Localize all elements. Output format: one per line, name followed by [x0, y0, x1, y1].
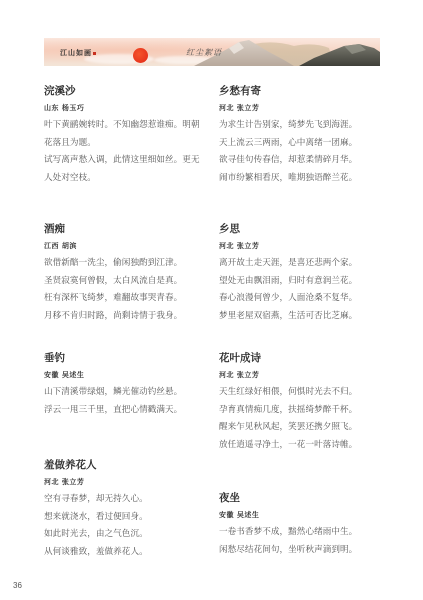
poem-lines: 山下清溪带绿烟，鳞光催动钓丝悬。 浮云一甩三千里，直把心情戳满天。: [44, 384, 216, 419]
poem-line: 枉有深杯飞绮梦，难翻故事哭青春。: [44, 290, 216, 308]
header-banner: 江山如画 红尘絮语: [44, 38, 380, 66]
poem-lines: 一卷书香梦不成，黯然心绪雨中生。 闲愁尽结花间句，坐听秋声滴到明。: [219, 524, 391, 559]
poem-line: 离开故土走天涯，是喜还悲两个家。: [219, 255, 391, 273]
poem-line: 人处对空枝。: [44, 170, 216, 188]
poem: 酒痴 江西 胡滨 欲借新醅一洗尘，偷闲独酌到江津。 圣贤寂寞何曾假，太白风流自是…: [44, 222, 216, 325]
poem-line: 望处无由飘泪雨，归时有意润兰花。: [219, 273, 391, 291]
poem-line: 叶下黄鹂婉转时。不知幽怨惹谁痴。明朝: [44, 117, 216, 135]
poem-line: 放任逍遥寻净土，一花一叶落诗帷。: [219, 437, 391, 455]
poem-author: 山东 杨玉巧: [44, 102, 216, 114]
poem-line: 花落且为题。: [44, 135, 216, 153]
poem: 花叶成诗 河北 张立芳 天生红绿好相偎，何惧时光去不归。 孕育真情痴几度，扶摇绮…: [219, 351, 391, 454]
poem-line: 春心浪漫何曾少，人面沧桑不复华。: [219, 290, 391, 308]
poem-line: 月移不肯归时路，尚剩诗情于我身。: [44, 308, 216, 326]
poem-line: 欲借新醅一洗尘，偷闲独酌到江津。: [44, 255, 216, 273]
poem-author: 安徽 吴述生: [44, 369, 216, 381]
poem-line: 如此时光去，由之气色沉。: [44, 526, 216, 544]
poem-line: 孕育真情痴几度，扶摇绮梦醉千杯。: [219, 402, 391, 420]
poem-title: 花叶成诗: [219, 351, 391, 365]
poem-line: 浮云一甩三千里，直把心情戳满天。: [44, 402, 216, 420]
poem-title: 乡思: [219, 222, 391, 236]
poem-line: 闹市纷繁相看厌，唯期独语醉兰花。: [219, 170, 391, 188]
poem-lines: 空有寻春梦，却无持久心。 想来就浇水，看过便回身。 如此时光去，由之气色沉。 从…: [44, 491, 216, 561]
poem-line: 空有寻春梦，却无持久心。: [44, 491, 216, 509]
poem-line: 从何谈雅致，羞做养花人。: [44, 544, 216, 562]
poem-line: 梦里老屋双宿燕，生活可否比芝麻。: [219, 308, 391, 326]
brand-logo: 江山如画: [60, 48, 96, 58]
poem: 浣溪沙 山东 杨玉巧 叶下黄鹂婉转时。不知幽怨惹谁痴。明朝 花落且为题。 试写离…: [44, 84, 216, 187]
page-number: 36: [13, 581, 22, 590]
poem-lines: 离开故土走天涯，是喜还悲两个家。 望处无由飘泪雨，归时有意润兰花。 春心浪漫何曾…: [219, 255, 391, 325]
seal-icon: [93, 52, 96, 55]
poem-title: 夜坐: [219, 491, 391, 505]
poem: 乡愁有寄 河北 张立芳 为求生计告别家，绮梦先飞到海涯。 天上流云三两雨，心中离…: [219, 84, 391, 187]
poem-line: 欲寻佳句传春信，却惹柔情碎月华。: [219, 152, 391, 170]
poem-lines: 天生红绿好相偎，何惧时光去不归。 孕育真情痴几度，扶摇绮梦醉千杯。 醒来乍见秋风…: [219, 384, 391, 454]
section-title: 红尘絮语: [186, 47, 222, 58]
poem-author: 河北 张立芳: [219, 369, 391, 381]
poem-title: 乡愁有寄: [219, 84, 391, 98]
poem-line: 闲愁尽结花间句，坐听秋声滴到明。: [219, 542, 391, 560]
poem-author: 河北 张立芳: [219, 102, 391, 114]
poem-line: 醒来乍见秋风起，笑罢还携夕照飞。: [219, 419, 391, 437]
poem: 垂钓 安徽 吴述生 山下清溪带绿烟，鳞光催动钓丝悬。 浮云一甩三千里，直把心情戳…: [44, 351, 216, 419]
poem-line: 圣贤寂寞何曾假，太白风流自是真。: [44, 273, 216, 291]
poem-line: 想来就浇水，看过便回身。: [44, 509, 216, 527]
poem-lines: 叶下黄鹂婉转时。不知幽怨惹谁痴。明朝 花落且为题。 试写离声愁入调，此情这里细如…: [44, 117, 216, 187]
poem-author: 江西 胡滨: [44, 240, 216, 252]
brand-text: 江山如画: [60, 48, 92, 57]
poem-lines: 欲借新醅一洗尘，偷闲独酌到江津。 圣贤寂寞何曾假，太白风流自是真。 枉有深杯飞绮…: [44, 255, 216, 325]
poem-title: 酒痴: [44, 222, 216, 236]
poem-line: 山下清溪带绿烟，鳞光催动钓丝悬。: [44, 384, 216, 402]
poem-lines: 为求生计告别家，绮梦先飞到海涯。 天上流云三两雨，心中离绪一团麻。 欲寻佳句传春…: [219, 117, 391, 187]
poem-author: 河北 张立芳: [219, 240, 391, 252]
poem-author: 安徽 吴述生: [219, 509, 391, 521]
poem-line: 天上流云三两雨，心中离绪一团麻。: [219, 135, 391, 153]
poem-title: 垂钓: [44, 351, 216, 365]
poem-author: 河北 张立芳: [44, 476, 216, 488]
poem-line: 试写离声愁入调，此情这里细如丝。更无: [44, 152, 216, 170]
poem-line: 天生红绿好相偎，何惧时光去不归。: [219, 384, 391, 402]
poem: 羞做养花人 河北 张立芳 空有寻春梦，却无持久心。 想来就浇水，看过便回身。 如…: [44, 458, 216, 561]
poem-title: 羞做养花人: [44, 458, 216, 472]
poem-line: 一卷书香梦不成，黯然心绪雨中生。: [219, 524, 391, 542]
poem-title: 浣溪沙: [44, 84, 216, 98]
poem: 乡思 河北 张立芳 离开故土走天涯，是喜还悲两个家。 望处无由飘泪雨，归时有意润…: [219, 222, 391, 325]
poem: 夜坐 安徽 吴述生 一卷书香梦不成，黯然心绪雨中生。 闲愁尽结花间句，坐听秋声滴…: [219, 491, 391, 559]
poem-line: 为求生计告别家，绮梦先飞到海涯。: [219, 117, 391, 135]
